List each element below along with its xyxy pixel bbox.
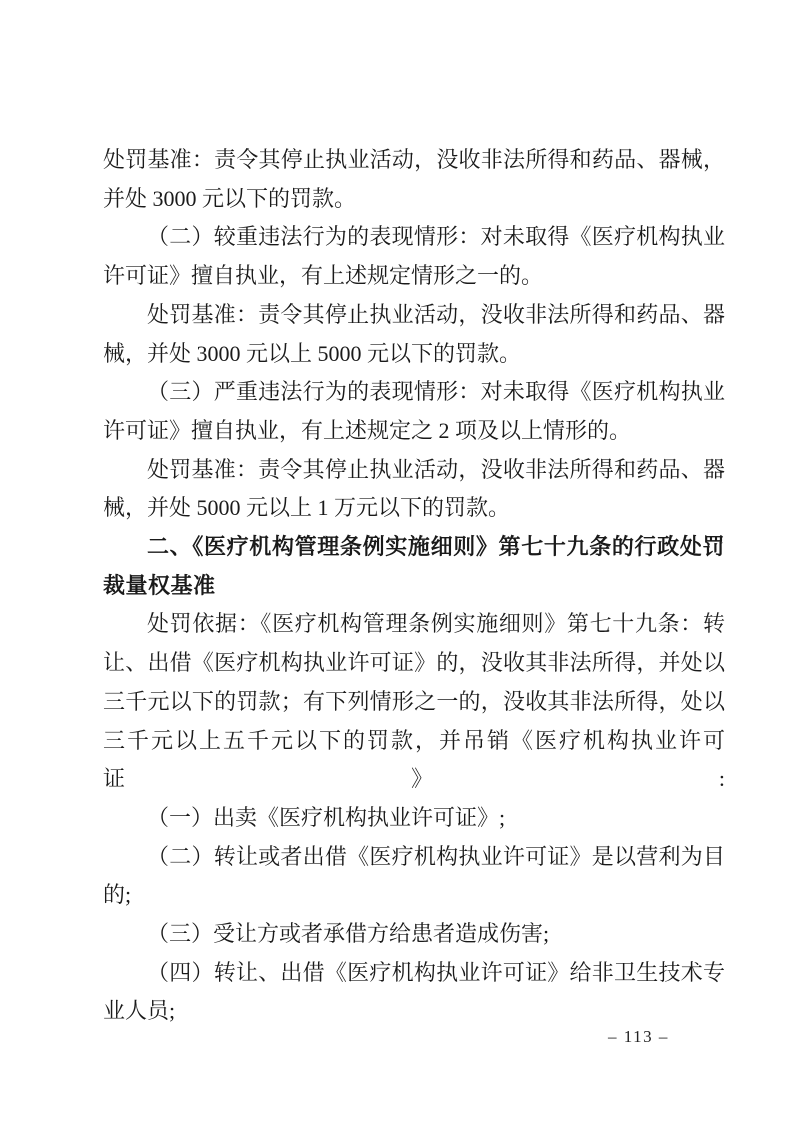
text-line: 裁量权基准 [103, 567, 725, 606]
text-line: 三千元以下的罚款；有下列情形之一的，没收其非法所得，处以 [103, 683, 725, 722]
body-text: 处罚基准：责令其停止执业活动，没收非法所得和药品、器械，并处 3000 元以下的… [103, 141, 725, 1031]
text-line: 处罚依据：《医疗机构管理条例实施细则》第七十九条：转 [103, 605, 725, 644]
text-line: （二）转让或者出借《医疗机构执业许可证》是以营利为目 [103, 838, 725, 877]
page-number: – 113 – [608, 1027, 669, 1047]
text-line: （三）严重违法行为的表现情形：对未取得《医疗机构执业 [103, 373, 725, 412]
text-line: （一）出卖《医疗机构执业许可证》; [103, 799, 725, 838]
text-line: （二）较重违法行为的表现情形：对未取得《医疗机构执业 [103, 218, 725, 257]
text-line: 械，并处 3000 元以上 5000 元以下的罚款。 [103, 335, 725, 374]
text-line: 业人员; [103, 992, 725, 1031]
text-line: 许可证》擅自执业，有上述规定情形之一的。 [103, 257, 725, 296]
text-line: （三）受让方或者承借方给患者造成伤害; [103, 915, 725, 954]
text-line: 二、《医疗机构管理条例实施细则》第七十九条的行政处罚 [103, 528, 725, 567]
text-line: 的; [103, 876, 725, 915]
text-line: 械，并处 5000 元以上 1 万元以下的罚款。 [103, 489, 725, 528]
text-line: 处罚基准：责令其停止执业活动，没收非法所得和药品、器械， [103, 141, 725, 180]
text-line: 并处 3000 元以下的罚款。 [103, 180, 725, 219]
text-line: 处罚基准：责令其停止执业活动，没收非法所得和药品、器 [103, 451, 725, 490]
text-line: 许可证》擅自执业，有上述规定之 2 项及以上情形的。 [103, 412, 725, 451]
document-page: 处罚基准：责令其停止执业活动，没收非法所得和药品、器械，并处 3000 元以下的… [0, 0, 794, 1122]
text-line: 三千元以上五千元以下的罚款，并吊销《医疗机构执业许可证》: [103, 722, 725, 799]
text-line: 让、出借《医疗机构执业许可证》的，没收其非法所得，并处以 [103, 644, 725, 683]
text-line: （四）转让、出借《医疗机构执业许可证》给非卫生技术专 [103, 954, 725, 993]
text-line: 处罚基准：责令其停止执业活动，没收非法所得和药品、器 [103, 296, 725, 335]
